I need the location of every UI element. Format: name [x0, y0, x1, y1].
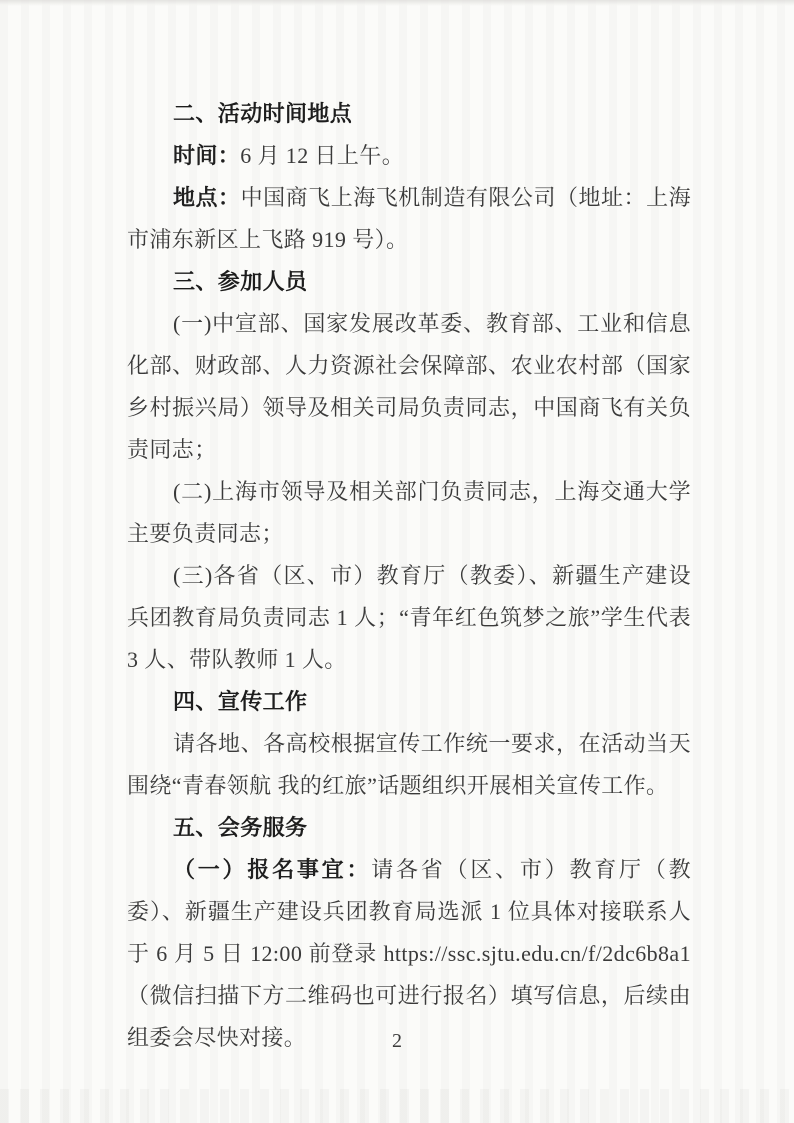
paragraph-lead: 时间：	[173, 143, 240, 168]
section-heading: 四、宣传工作	[127, 681, 691, 723]
document-page: 二、活动时间地点 时间：6 月 12 日上午。 地点：中国商飞上海飞机制造有限公…	[0, 0, 794, 1123]
paragraph-text: 请各地、各高校根据宣传工作统一要求，在活动当天围绕“青春领航 我的红旅”话题组织…	[127, 731, 691, 798]
paragraph-text: (二)上海市领导及相关部门负责同志，上海交通大学主要负责同志；	[127, 479, 691, 546]
paragraph-text: 6 月 12 日上午。	[240, 143, 404, 168]
section-conference-services: 五、会务服务 （一）报名事宜：请各省（区、市）教育厅（教委）、新疆生产建设兵团教…	[127, 807, 691, 1059]
section-heading: 五、会务服务	[127, 807, 691, 849]
scan-edge-artifact-top	[0, 0, 794, 6]
section-heading: 二、活动时间地点	[127, 93, 691, 135]
document-body: 二、活动时间地点 时间：6 月 12 日上午。 地点：中国商飞上海飞机制造有限公…	[127, 93, 691, 1059]
paragraph-text: 请各省（区、市）教育厅（教委）、新疆生产建设兵团教育局选派 1 位具体对接联系人…	[127, 857, 691, 1050]
paragraph-lead: 地点：	[173, 185, 241, 210]
section-heading: 三、参加人员	[127, 261, 691, 303]
paragraph: (一)中宣部、国家发展改革委、教育部、工业和信息化部、财政部、人力资源社会保障部…	[127, 303, 691, 471]
page-number: 2	[0, 1026, 794, 1056]
paragraph: (三)各省（区、市）教育厅（教委）、新疆生产建设兵团教育局负责同志 1 人；“青…	[127, 555, 691, 681]
scan-edge-artifact-bottom	[0, 1089, 794, 1123]
section-event-time-location: 二、活动时间地点 时间：6 月 12 日上午。 地点：中国商飞上海飞机制造有限公…	[127, 93, 691, 261]
paragraph-text: (三)各省（区、市）教育厅（教委）、新疆生产建设兵团教育局负责同志 1 人；“青…	[127, 563, 691, 672]
paragraph-lead: （一）报名事宜：	[173, 857, 371, 882]
paragraph: 请各地、各高校根据宣传工作统一要求，在活动当天围绕“青春领航 我的红旅”话题组织…	[127, 723, 691, 807]
section-participants: 三、参加人员 (一)中宣部、国家发展改革委、教育部、工业和信息化部、财政部、人力…	[127, 261, 691, 681]
paragraph-text: (一)中宣部、国家发展改革委、教育部、工业和信息化部、财政部、人力资源社会保障部…	[127, 311, 691, 462]
paragraph: 地点：中国商飞上海飞机制造有限公司（地址：上海市浦东新区上飞路 919 号）。	[127, 177, 691, 261]
section-publicity-work: 四、宣传工作 请各地、各高校根据宣传工作统一要求，在活动当天围绕“青春领航 我的…	[127, 681, 691, 807]
paragraph: 时间：6 月 12 日上午。	[127, 135, 691, 177]
paragraph: (二)上海市领导及相关部门负责同志，上海交通大学主要负责同志；	[127, 471, 691, 555]
